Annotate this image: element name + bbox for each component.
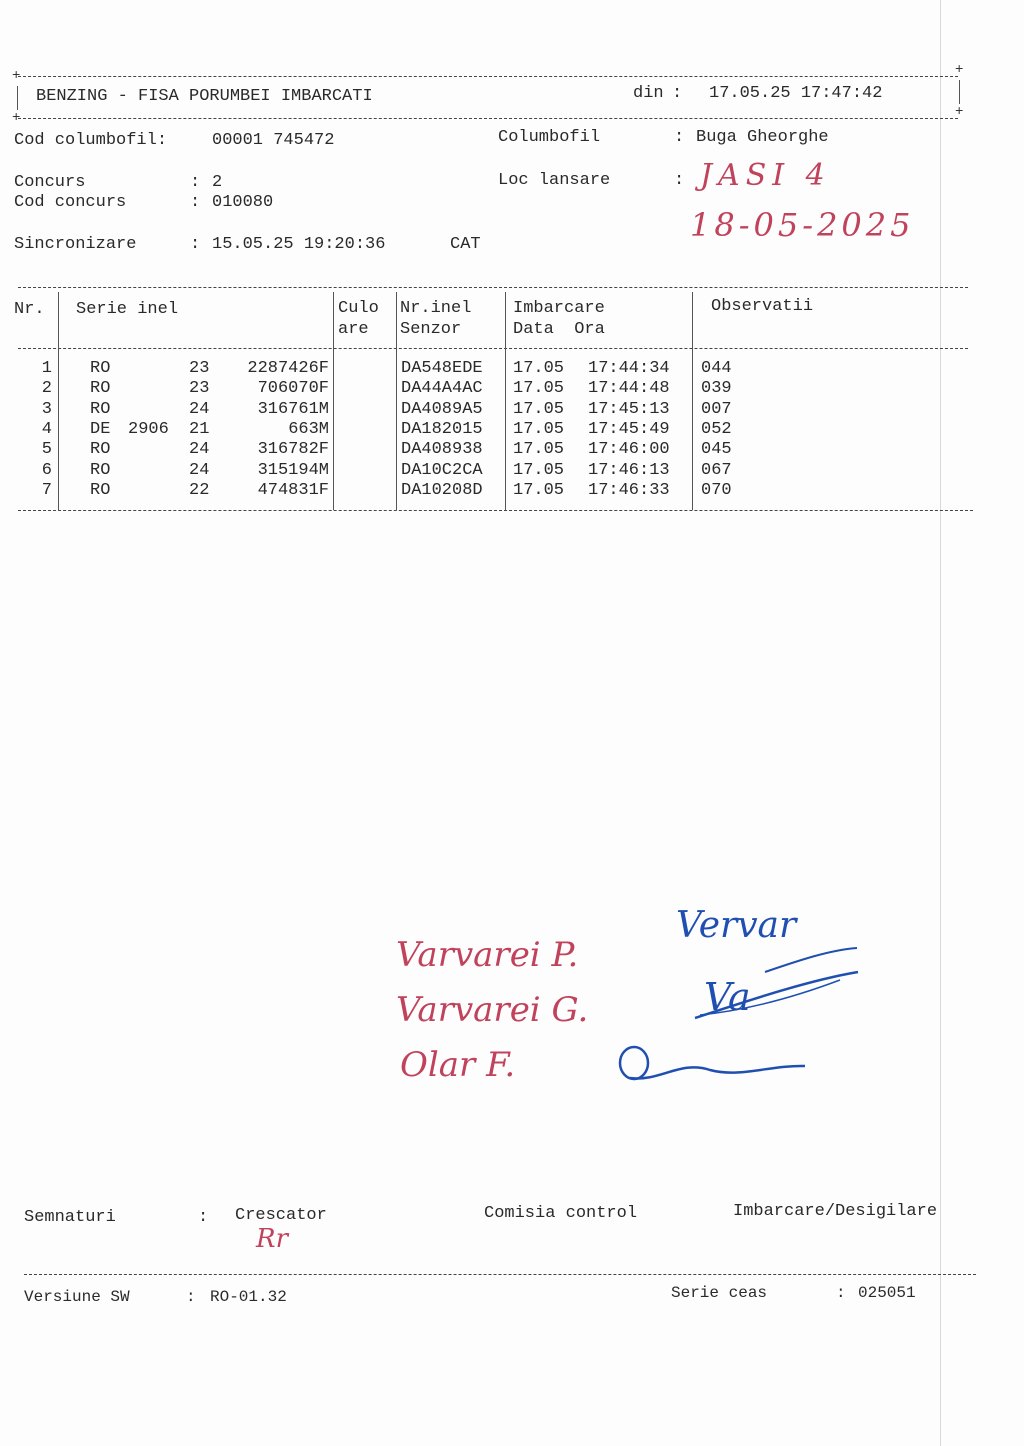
cell-ring: 706070F bbox=[258, 379, 329, 399]
table-bottom-border bbox=[18, 510, 973, 511]
cell-country: RO bbox=[90, 481, 110, 501]
cell-senzor: DA44A4AC bbox=[401, 379, 483, 399]
versiune-value: RO-01.32 bbox=[210, 1287, 287, 1307]
header-nr-inel-1: Nr.inel bbox=[400, 299, 471, 319]
corner-plus: + bbox=[955, 105, 963, 119]
header-culoare-2: are bbox=[338, 320, 369, 340]
cell-data: 17.05 bbox=[513, 359, 564, 379]
comisia-label: Comisia control bbox=[484, 1204, 637, 1224]
corner-plus: + bbox=[12, 69, 20, 83]
header-culoare-1: Culo bbox=[338, 299, 379, 319]
signature-strokes bbox=[600, 900, 870, 1100]
concurs-sep: : bbox=[190, 173, 200, 193]
table-top-border bbox=[18, 287, 968, 288]
header-date-value: 17.05.25 17:47:42 bbox=[709, 84, 882, 104]
cell-country: RO bbox=[90, 400, 110, 420]
col-divider bbox=[396, 292, 397, 510]
cell-ora: 17:44:34 bbox=[588, 359, 670, 379]
versiune-label: Versiune SW bbox=[24, 1287, 130, 1307]
cod-columbofil-label: Cod columbofil: bbox=[14, 131, 167, 151]
table-header-border bbox=[18, 348, 968, 349]
concurs-label: Concurs bbox=[14, 173, 85, 193]
cell-country: RO bbox=[90, 440, 110, 460]
sincronizare-value: 15.05.25 19:20:36 bbox=[212, 235, 385, 255]
header-top-border bbox=[18, 76, 958, 77]
header-nr: Nr. bbox=[14, 300, 45, 320]
cell-obs: 044 bbox=[701, 359, 732, 379]
cell-nr: 3 bbox=[42, 400, 52, 420]
serie-ceas-sep: : bbox=[836, 1283, 846, 1303]
header-right-border bbox=[959, 80, 960, 104]
cell-year: 21 bbox=[189, 420, 209, 440]
cell-obs: 007 bbox=[701, 400, 732, 420]
col-divider bbox=[58, 292, 59, 510]
cell-obs: 039 bbox=[701, 379, 732, 399]
cell-senzor: DA10C2CA bbox=[401, 461, 483, 481]
cell-country: RO bbox=[90, 359, 110, 379]
cell-nr: 5 bbox=[42, 440, 52, 460]
cell-ora: 17:44:48 bbox=[588, 379, 670, 399]
cell-ring: 474831F bbox=[258, 481, 329, 501]
cell-nr: 1 bbox=[42, 359, 52, 379]
loc-lansare-sep: : bbox=[674, 171, 684, 191]
header-nr-inel-2: Senzor bbox=[400, 320, 461, 340]
handwritten-name: Varvarei P. bbox=[396, 935, 578, 975]
header-date-label: din bbox=[633, 84, 664, 104]
handwritten-name: Olar F. bbox=[400, 1045, 515, 1085]
cell-obs: 067 bbox=[701, 461, 732, 481]
cell-nr: 6 bbox=[42, 461, 52, 481]
cell-senzor: DA182015 bbox=[401, 420, 483, 440]
cell-ora: 17:46:13 bbox=[588, 461, 670, 481]
versiune-sep: : bbox=[186, 1287, 196, 1307]
cell-year: 22 bbox=[189, 481, 209, 501]
cell-ora: 17:46:33 bbox=[588, 481, 670, 501]
semnaturi-label: Semnaturi bbox=[24, 1208, 116, 1228]
cell-year: 23 bbox=[189, 379, 209, 399]
page-fold-line bbox=[940, 0, 941, 1446]
cell-ora: 17:45:49 bbox=[588, 420, 670, 440]
cell-senzor: DA10208D bbox=[401, 481, 483, 501]
cod-concurs-label: Cod concurs bbox=[14, 193, 126, 213]
header-left-border bbox=[17, 86, 18, 110]
header-date-sep: : bbox=[672, 84, 682, 104]
header-observatii: Observatii bbox=[711, 297, 813, 317]
cell-country: RO bbox=[90, 379, 110, 399]
cell-senzor: DA4089A5 bbox=[401, 400, 483, 420]
cell-ring: 315194M bbox=[258, 461, 329, 481]
cell-senzor: DA548EDE bbox=[401, 359, 483, 379]
col-divider bbox=[505, 292, 506, 510]
cell-data: 17.05 bbox=[513, 461, 564, 481]
corner-plus: + bbox=[12, 111, 20, 125]
cell-nr: 7 bbox=[42, 481, 52, 501]
columbofil-value: Buga Gheorghe bbox=[696, 128, 829, 148]
footer-divider bbox=[24, 1274, 976, 1275]
document-title: BENZING - FISA PORUMBEI IMBARCATI bbox=[36, 87, 373, 107]
cell-data: 17.05 bbox=[513, 400, 564, 420]
loc-lansare-handwritten: JASI 4 bbox=[700, 158, 831, 193]
crescator-signature: Rr bbox=[256, 1224, 288, 1254]
cod-concurs-value: 010080 bbox=[212, 193, 273, 213]
cell-senzor: DA408938 bbox=[401, 440, 483, 460]
cell-data: 17.05 bbox=[513, 379, 564, 399]
serie-ceas-value: 025051 bbox=[858, 1283, 916, 1303]
semnaturi-sep: : bbox=[198, 1208, 208, 1228]
cell-ring: 316782F bbox=[258, 440, 329, 460]
columbofil-label: Columbofil bbox=[498, 128, 600, 148]
cell-ring: 2287426F bbox=[247, 359, 329, 379]
cod-columbofil-value: 00001 745472 bbox=[212, 131, 334, 151]
header-serie-inel: Serie inel bbox=[76, 300, 178, 320]
handwritten-date: 18-05-2025 bbox=[690, 206, 915, 244]
cell-year: 24 bbox=[189, 400, 209, 420]
cell-data: 17.05 bbox=[513, 440, 564, 460]
sincronizare-zone: CAT bbox=[450, 235, 481, 255]
columbofil-sep: : bbox=[674, 128, 684, 148]
cell-country: RO bbox=[90, 461, 110, 481]
cell-ring: 663M bbox=[288, 420, 329, 440]
cell-obs: 052 bbox=[701, 420, 732, 440]
sincronizare-sep: : bbox=[190, 235, 200, 255]
cell-country: DE bbox=[90, 420, 110, 440]
concurs-value: 2 bbox=[212, 173, 222, 193]
header-imbarcare-2: Data Ora bbox=[513, 320, 605, 340]
cell-ring: 316761M bbox=[258, 400, 329, 420]
cell-nr: 2 bbox=[42, 379, 52, 399]
cell-year: 24 bbox=[189, 440, 209, 460]
cell-year: 23 bbox=[189, 359, 209, 379]
cod-concurs-sep: : bbox=[190, 193, 200, 213]
crescator-label: Crescator bbox=[235, 1206, 327, 1226]
col-divider bbox=[692, 292, 693, 510]
col-divider bbox=[333, 292, 334, 510]
cell-obs: 070 bbox=[701, 481, 732, 501]
cell-ora: 17:45:13 bbox=[588, 400, 670, 420]
cell-extra: 2906 bbox=[128, 420, 169, 440]
loc-lansare-label: Loc lansare bbox=[498, 171, 610, 191]
cell-obs: 045 bbox=[701, 440, 732, 460]
cell-data: 17.05 bbox=[513, 420, 564, 440]
sincronizare-label: Sincronizare bbox=[14, 235, 136, 255]
cell-data: 17.05 bbox=[513, 481, 564, 501]
header-bottom-border bbox=[18, 118, 958, 119]
imbarcare-desigilare-label: Imbarcare/Desigilare bbox=[733, 1202, 937, 1222]
cell-year: 24 bbox=[189, 461, 209, 481]
corner-plus: + bbox=[955, 63, 963, 77]
cell-ora: 17:46:00 bbox=[588, 440, 670, 460]
handwritten-name: Varvarei G. bbox=[396, 990, 588, 1030]
cell-nr: 4 bbox=[42, 420, 52, 440]
serie-ceas-label: Serie ceas bbox=[671, 1283, 767, 1303]
header-imbarcare-1: Imbarcare bbox=[513, 299, 605, 319]
